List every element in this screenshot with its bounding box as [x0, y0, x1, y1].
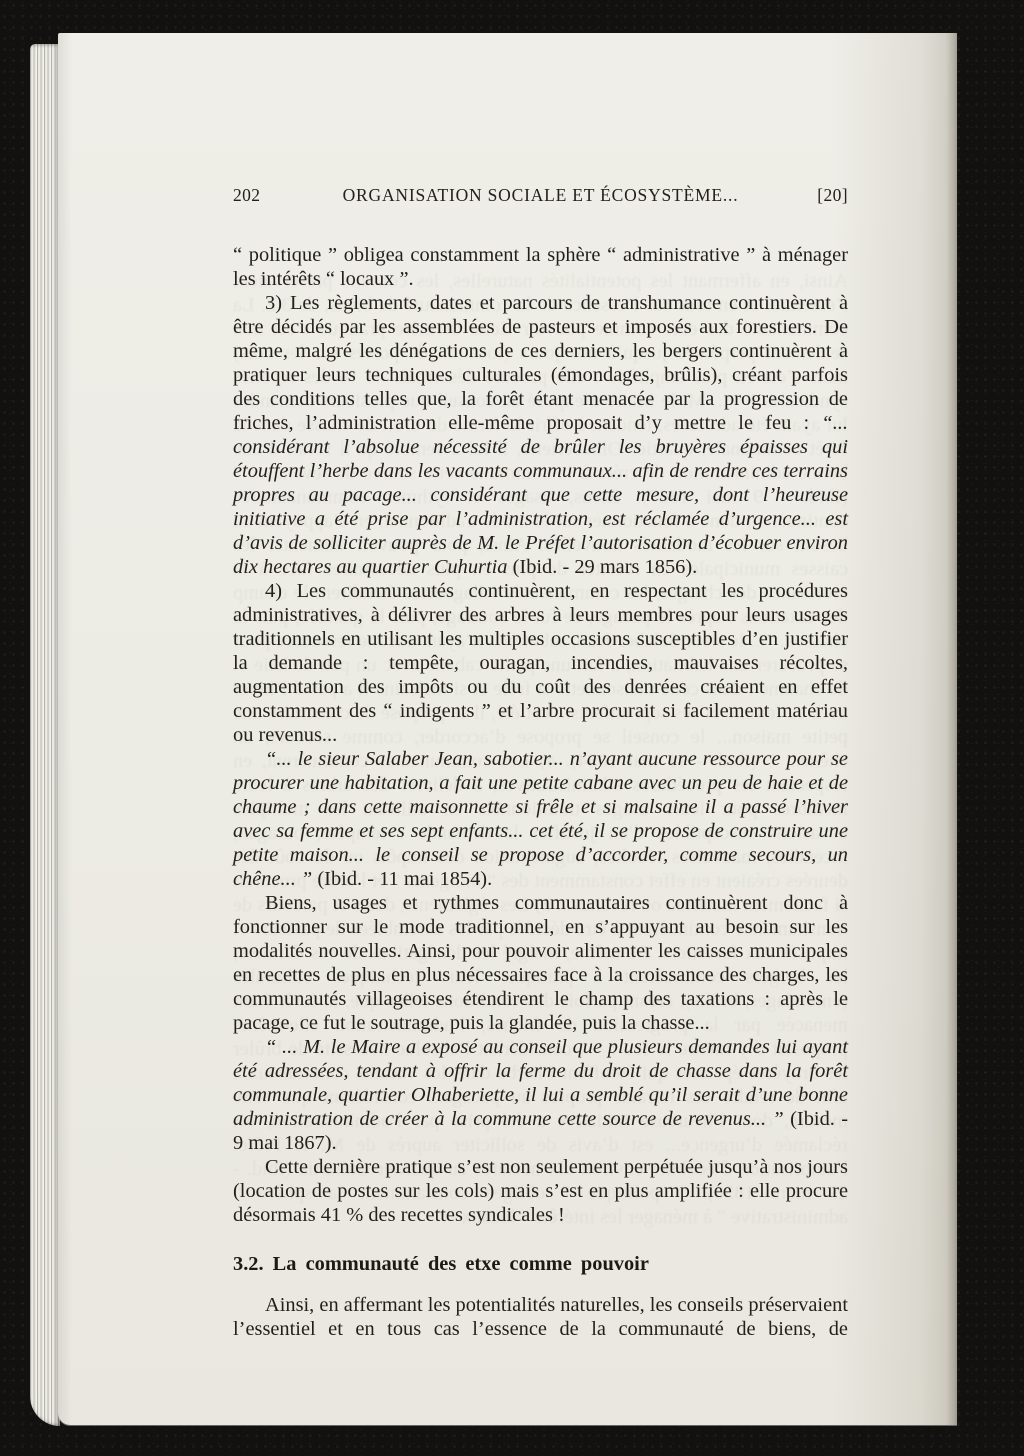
text-column: “ politique ” obligea constamment la sph… [233, 243, 848, 1341]
body-text: 4) Les communautés continuèrent, en resp… [233, 580, 848, 746]
paragraph: 3) Les règlements, dates et parcours de … [233, 291, 848, 579]
running-title: ORGANISATION SOCIALE ET ÉCOSYSTÈME... [233, 185, 848, 206]
body-text: Biens, usages et rythmes communautaires … [233, 892, 848, 1034]
paragraph: Biens, usages et rythmes communautaires … [233, 891, 848, 1035]
body-text: (Ibid. - 11 mai 1854). [317, 868, 492, 890]
body-text: Ainsi, en affermant les potentialités na… [233, 1294, 848, 1340]
book-page: Ainsi, en affermant les potentialités na… [58, 33, 957, 1425]
book-photo: Ainsi, en affermant les potentialités na… [0, 0, 1024, 1456]
body-text: Cette dernière pratique s’est non seulem… [233, 1156, 848, 1226]
paragraph: “... le sieur Salaber Jean, sabotier... … [233, 747, 848, 891]
paragraph: 4) Les communautés continuèrent, en resp… [233, 579, 848, 747]
body-text: (Ibid. - 29 mars 1856). [513, 556, 698, 578]
left-page-edges [30, 44, 60, 1426]
page-header: 202 ORGANISATION SOCIALE ET ÉCOSYSTÈME..… [233, 185, 848, 207]
body-text: 3) Les règlements, dates et parcours de … [233, 292, 848, 434]
body-text: 3.2. La communauté des etxe comme pouvoi… [233, 1253, 649, 1275]
quoted-text: “... considérant l’absolue nécessité de … [233, 412, 848, 578]
facing-page [957, 37, 1024, 1427]
body-text: “ politique ” obligea constamment la sph… [233, 244, 848, 290]
section-heading: 3.2. La communauté des etxe comme pouvoi… [233, 1252, 848, 1277]
issue-number: [20] [817, 185, 848, 206]
paragraph: “ ... M. le Maire a exposé au conseil qu… [233, 1035, 848, 1155]
quoted-text: “ ... M. le Maire a exposé au conseil qu… [233, 1036, 848, 1130]
paragraph: “ politique ” obligea constamment la sph… [233, 243, 848, 291]
paragraph: Cette dernière pratique s’est non seulem… [233, 1155, 848, 1227]
paragraph: Ainsi, en affermant les potentialités na… [233, 1293, 848, 1341]
